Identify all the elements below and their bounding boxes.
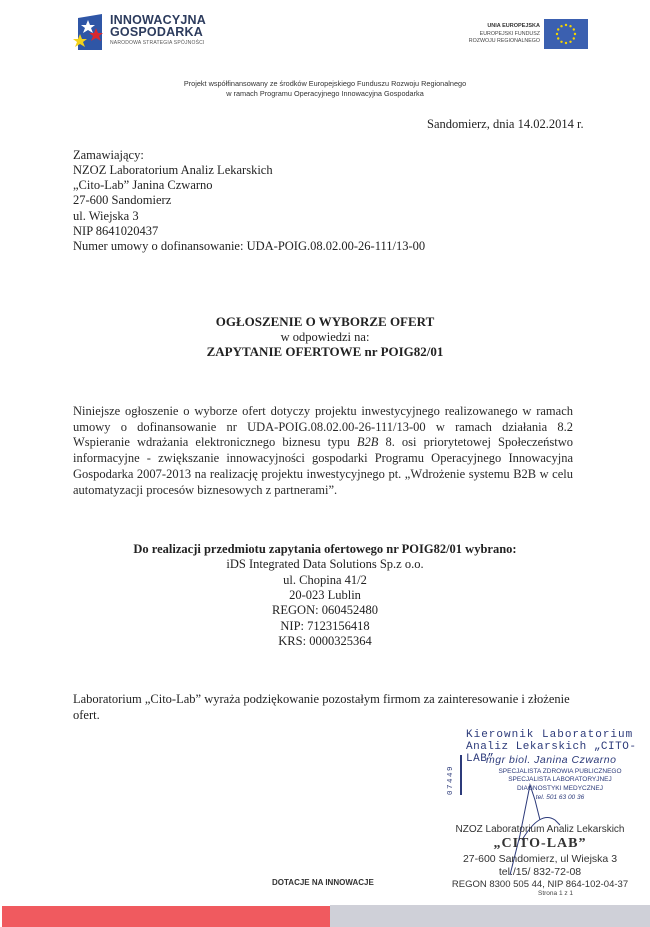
orderer-name: NZOZ Laboratorium Analiz Lekarskich bbox=[73, 163, 273, 178]
inquiry-reference: ZAPYTANIE OFERTOWE nr POIG82/01 bbox=[0, 344, 650, 360]
project-program-line: w ramach Programu Operacyjnego Innowacyj… bbox=[0, 89, 650, 98]
winner-regon: REGON: 060452480 bbox=[0, 603, 650, 618]
thanks-paragraph: Laboratorium „Cito-Lab” wyraża podziękow… bbox=[73, 691, 593, 723]
winner-krs: KRS: 0000325364 bbox=[0, 634, 650, 649]
stamp-company-address: 27-600 Sandomierz, ul Wiejska 3 bbox=[440, 853, 640, 865]
page-number: Strona 1 z 1 bbox=[538, 890, 573, 897]
eu-label-fundusz: EUROPEJSKI FUNDUSZ bbox=[450, 31, 540, 37]
logo-line-gospodarka: GOSPODARKA bbox=[110, 25, 203, 39]
stamp-manager-license-number: 07449 bbox=[447, 765, 455, 795]
stamp-manager-name: mgr biol. Janina Czwarno bbox=[486, 754, 616, 766]
innowacyjna-gospodarka-logo-icon bbox=[72, 14, 104, 50]
winner-nip: NIP: 7123156418 bbox=[0, 619, 650, 634]
stamp-divider bbox=[460, 755, 462, 795]
eu-flag-icon bbox=[544, 19, 588, 49]
logo-line-strategia: NARODOWA STRATEGIA SPÓJNOŚCI bbox=[110, 40, 205, 46]
orderer-owner: „Cito-Lab” Janina Czwarno bbox=[73, 178, 213, 193]
footer-bar-red bbox=[2, 906, 330, 927]
orderer-label: Zamawiający: bbox=[73, 148, 144, 163]
orderer-city: 27-600 Sandomierz bbox=[73, 193, 171, 208]
winner-heading: Do realizacji przedmiotu zapytania ofert… bbox=[0, 542, 650, 557]
stamp-company-brand: „CITO-LAB” bbox=[440, 836, 640, 852]
eu-label-unia: UNIA EUROPEJSKA bbox=[470, 23, 540, 29]
stamp-manager-title: Kierownik Laboratorium bbox=[466, 729, 633, 741]
winner-street: ul. Chopina 41/2 bbox=[0, 573, 650, 588]
announcement-paragraph: Niniejsze ogłoszenie o wyborze ofert dot… bbox=[73, 404, 573, 498]
document-title: OGŁOSZENIE O WYBORZE OFERT bbox=[0, 314, 650, 330]
stamp-company-name: NZOZ Laboratorium Analiz Lekarskich bbox=[440, 824, 640, 835]
stamp-manager-spec1: SPECJALISTA ZDROWIA PUBLICZNEGO bbox=[480, 768, 640, 775]
stamp-company-phone: tel./15/ 832-72-08 bbox=[440, 866, 640, 878]
project-cofinancing-line: Projekt współfinansowany ze środków Euro… bbox=[0, 79, 650, 88]
paragraph-b2b: B2B bbox=[357, 435, 379, 449]
document-date: Sandomierz, dnia 14.02.2014 r. bbox=[427, 117, 584, 132]
eu-label-rozwoj: ROZWOJU REGIONALNEGO bbox=[450, 38, 540, 44]
document-subtitle: w odpowiedzi na: bbox=[0, 330, 650, 345]
orderer-street: ul. Wiejska 3 bbox=[73, 209, 139, 224]
stamp-company-regon-nip: REGON 8300 505 44, NIP 864-102-04-37 bbox=[440, 879, 640, 890]
winner-company: iDS Integrated Data Solutions Sp.z o.o. bbox=[0, 557, 650, 572]
winner-city: 20-023 Lublin bbox=[0, 588, 650, 603]
orderer-nip: NIP 8641020437 bbox=[73, 224, 158, 239]
footer-label: DOTACJE NA INNOWACJE bbox=[272, 878, 374, 887]
footer-bar-gray bbox=[330, 905, 650, 927]
orderer-contract-number: Numer umowy o dofinansowanie: UDA-POIG.0… bbox=[73, 239, 425, 254]
